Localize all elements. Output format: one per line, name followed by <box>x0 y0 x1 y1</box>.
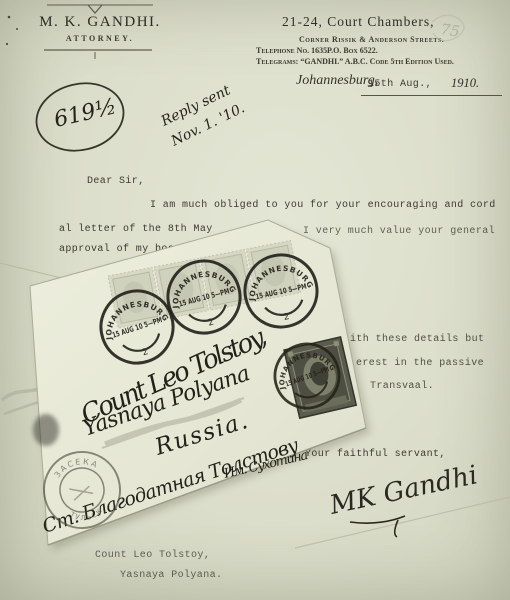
letterhead-rules <box>44 5 153 59</box>
photograph: M. K. GANDHI. ATTORNEY. 21-24, Court Cha… <box>0 0 510 600</box>
corner-pencil-mark: 75 <box>432 15 464 41</box>
reply-note: Reply sent Nov. 1. '10. <box>158 82 248 150</box>
corner-pencil-text: 75 <box>439 20 460 40</box>
signature-flourish <box>350 516 405 537</box>
ink-blob <box>33 414 59 446</box>
file-number: 619½ <box>30 75 131 159</box>
signature: MK Gandhi <box>326 460 480 537</box>
signature-text: MK Gandhi <box>326 460 480 521</box>
envelope-overlay: 75 619½ Reply sent Nov. 1. '10. <box>0 0 510 600</box>
file-number-text: 619½ <box>52 94 119 133</box>
photo-specks <box>6 16 18 45</box>
